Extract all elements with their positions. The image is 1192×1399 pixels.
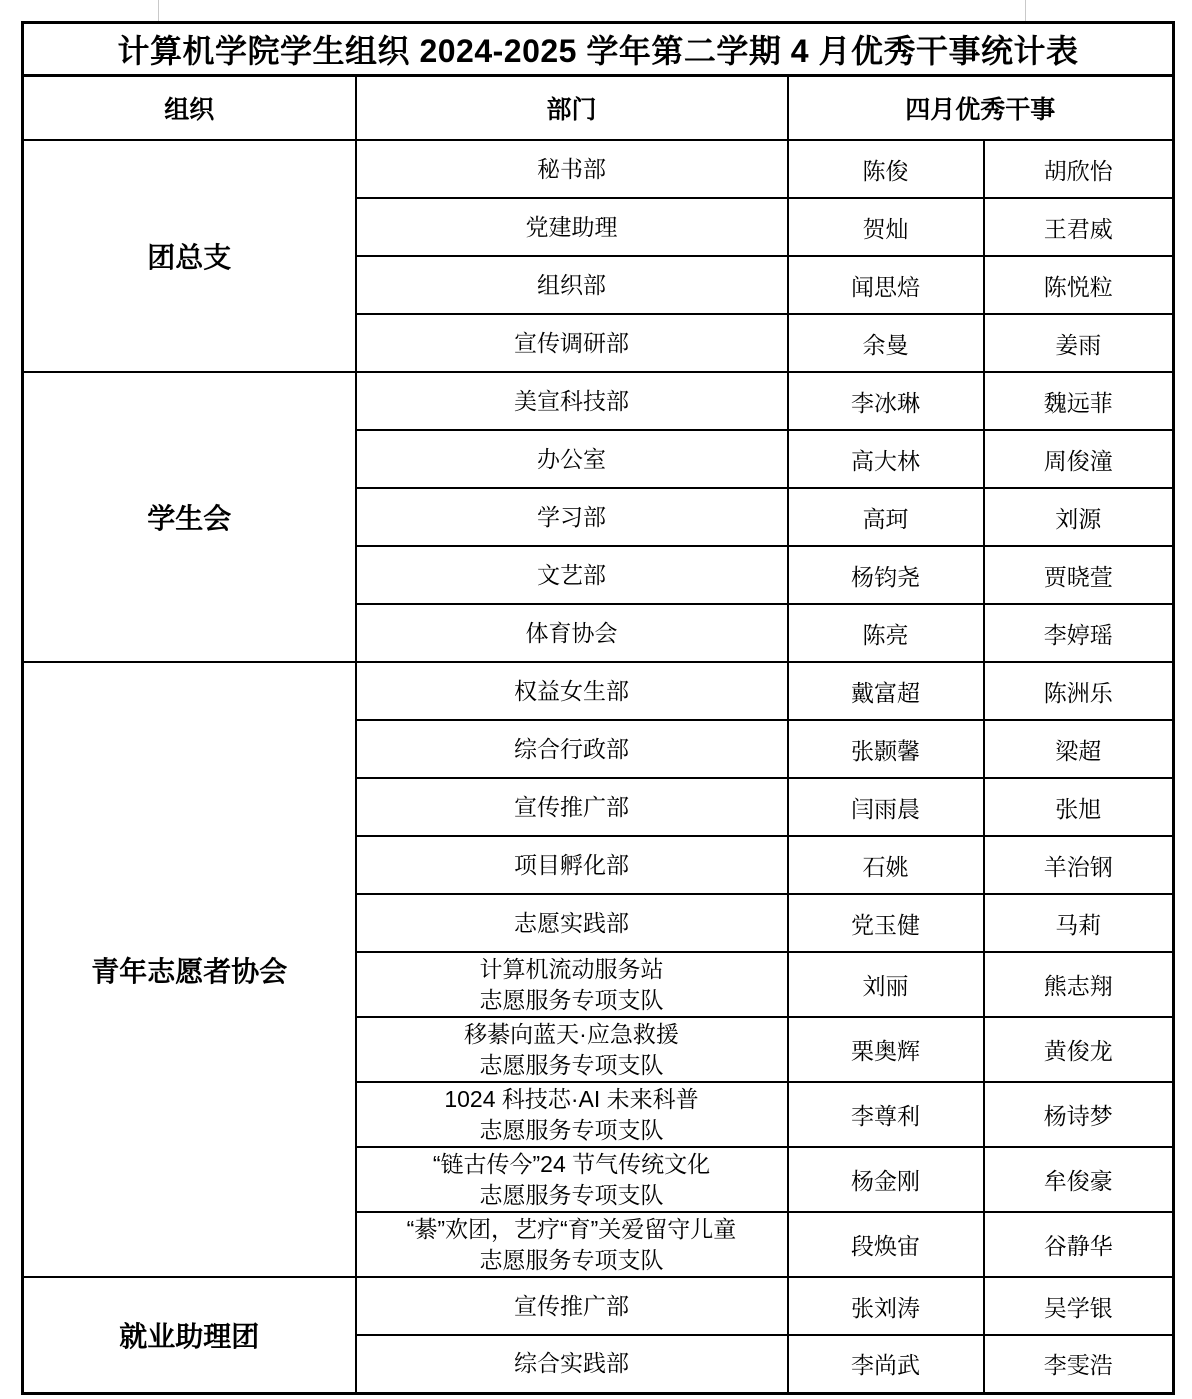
name-cell: 党玉健	[788, 894, 984, 952]
name-cell: 张颢馨	[788, 720, 984, 778]
name-cell: 胡欣怡	[984, 140, 1174, 198]
name-cell: 黄俊龙	[984, 1017, 1174, 1082]
dept-cell: 宣传调研部	[356, 314, 788, 372]
dept-line: 权益女生部	[357, 676, 787, 707]
dept-cell: 项目孵化部	[356, 836, 788, 894]
name-cell: 张刘涛	[788, 1277, 984, 1335]
name-cell: 熊志翔	[984, 952, 1174, 1017]
dept-line: 秘书部	[357, 154, 787, 185]
name-cell: 王君威	[984, 198, 1174, 256]
name-cell: 刘丽	[788, 952, 984, 1017]
dept-cell: 组织部	[356, 256, 788, 314]
name-cell: 段焕宙	[788, 1212, 984, 1277]
dept-cell: 美宣科技部	[356, 372, 788, 430]
dept-line: 综合行政部	[357, 734, 787, 765]
dept-line: 宣传推广部	[357, 1291, 787, 1322]
dept-line: 体育协会	[357, 618, 787, 649]
dept-line: “链古传今”24 节气传统文化	[357, 1149, 787, 1180]
statistics-table: 计算机学院学生组织 2024-2025 学年第二学期 4 月优秀干事统计表 组织…	[21, 21, 1175, 1395]
dept-cell: “链古传今”24 节气传统文化志愿服务专项支队	[356, 1147, 788, 1212]
dept-line: 文艺部	[357, 560, 787, 591]
header-org: 组织	[23, 76, 356, 141]
title-row: 计算机学院学生组织 2024-2025 学年第二学期 4 月优秀干事统计表	[23, 23, 1174, 76]
name-cell: 栗奥辉	[788, 1017, 984, 1082]
name-cell: 谷静华	[984, 1212, 1174, 1277]
dept-cell: 移綦向蓝天·应急救援志愿服务专项支队	[356, 1017, 788, 1082]
name-cell: 李婷瑶	[984, 604, 1174, 662]
dept-cell: 办公室	[356, 430, 788, 488]
dept-line: 移綦向蓝天·应急救援	[357, 1019, 787, 1050]
header-dept: 部门	[356, 76, 788, 141]
name-cell: 李尊利	[788, 1082, 984, 1147]
dept-cell: 志愿实践部	[356, 894, 788, 952]
org-cell: 学生会	[23, 372, 356, 662]
table-row: 学生会美宣科技部李冰琳魏远菲	[23, 372, 1174, 430]
name-cell: 杨钧尧	[788, 546, 984, 604]
name-cell: 吴学银	[984, 1277, 1174, 1335]
name-cell: 杨金刚	[788, 1147, 984, 1212]
header-awardees: 四月优秀干事	[788, 76, 1174, 141]
dept-line: 宣传推广部	[357, 792, 787, 823]
dept-line: 计算机流动服务站	[357, 954, 787, 985]
dept-cell: 学习部	[356, 488, 788, 546]
name-cell: 李雯浩	[984, 1335, 1174, 1393]
name-cell: 牟俊豪	[984, 1147, 1174, 1212]
dept-cell: 体育协会	[356, 604, 788, 662]
sheet-gridline	[158, 0, 159, 21]
dept-line: 志愿服务专项支队	[357, 1115, 787, 1146]
dept-line: 1024 科技芯·AI 未来科普	[357, 1084, 787, 1115]
name-cell: 杨诗梦	[984, 1082, 1174, 1147]
org-cell: 团总支	[23, 140, 356, 372]
name-cell: 李冰琳	[788, 372, 984, 430]
dept-cell: “綦”欢团，艺疗“育”关爱留守儿童志愿服务专项支队	[356, 1212, 788, 1277]
name-cell: 闫雨晨	[788, 778, 984, 836]
name-cell: 高珂	[788, 488, 984, 546]
name-cell: 羊治钢	[984, 836, 1174, 894]
name-cell: 魏远菲	[984, 372, 1174, 430]
dept-line: 党建助理	[357, 212, 787, 243]
dept-cell: 党建助理	[356, 198, 788, 256]
name-cell: 姜雨	[984, 314, 1174, 372]
name-cell: 刘源	[984, 488, 1174, 546]
name-cell: 戴富超	[788, 662, 984, 720]
dept-cell: 权益女生部	[356, 662, 788, 720]
name-cell: 闻思焙	[788, 256, 984, 314]
dept-line: 宣传调研部	[357, 328, 787, 359]
dept-line: 志愿服务专项支队	[357, 1180, 787, 1211]
dept-line: 项目孵化部	[357, 850, 787, 881]
dept-line: 综合实践部	[357, 1348, 787, 1379]
dept-cell: 秘书部	[356, 140, 788, 198]
name-cell: 张旭	[984, 778, 1174, 836]
table-row: 团总支秘书部陈俊胡欣怡	[23, 140, 1174, 198]
dept-cell: 宣传推广部	[356, 778, 788, 836]
dept-cell: 综合行政部	[356, 720, 788, 778]
name-cell: 贺灿	[788, 198, 984, 256]
org-cell: 青年志愿者协会	[23, 662, 356, 1277]
name-cell: 贾晓萱	[984, 546, 1174, 604]
name-cell: 陈亮	[788, 604, 984, 662]
dept-line: 志愿服务专项支队	[357, 1245, 787, 1276]
dept-cell: 文艺部	[356, 546, 788, 604]
dept-cell: 计算机流动服务站志愿服务专项支队	[356, 952, 788, 1017]
org-cell: 就业助理团	[23, 1277, 356, 1393]
awardees-table: 计算机学院学生组织 2024-2025 学年第二学期 4 月优秀干事统计表 组织…	[21, 21, 1175, 1395]
name-cell: 马莉	[984, 894, 1174, 952]
name-cell: 李尚武	[788, 1335, 984, 1393]
table-row: 就业助理团宣传推广部张刘涛吴学银	[23, 1277, 1174, 1335]
dept-line: 学习部	[357, 502, 787, 533]
table-body: 计算机学院学生组织 2024-2025 学年第二学期 4 月优秀干事统计表 组织…	[23, 23, 1174, 1394]
dept-line: 美宣科技部	[357, 386, 787, 417]
dept-cell: 综合实践部	[356, 1335, 788, 1393]
dept-line: “綦”欢团，艺疗“育”关爱留守儿童	[357, 1214, 787, 1245]
name-cell: 石姚	[788, 836, 984, 894]
name-cell: 陈悦粒	[984, 256, 1174, 314]
name-cell: 梁超	[984, 720, 1174, 778]
dept-line: 志愿实践部	[357, 908, 787, 939]
dept-line: 组织部	[357, 270, 787, 301]
name-cell: 余曼	[788, 314, 984, 372]
dept-line: 志愿服务专项支队	[357, 1050, 787, 1081]
table-title: 计算机学院学生组织 2024-2025 学年第二学期 4 月优秀干事统计表	[23, 23, 1174, 76]
dept-cell: 1024 科技芯·AI 未来科普志愿服务专项支队	[356, 1082, 788, 1147]
name-cell: 陈俊	[788, 140, 984, 198]
name-cell: 陈洲乐	[984, 662, 1174, 720]
dept-line: 办公室	[357, 444, 787, 475]
header-row: 组织 部门 四月优秀干事	[23, 76, 1174, 141]
name-cell: 高大林	[788, 430, 984, 488]
dept-line: 志愿服务专项支队	[357, 985, 787, 1016]
name-cell: 周俊潼	[984, 430, 1174, 488]
dept-cell: 宣传推广部	[356, 1277, 788, 1335]
table-row: 青年志愿者协会权益女生部戴富超陈洲乐	[23, 662, 1174, 720]
sheet-gridline	[1025, 0, 1026, 21]
